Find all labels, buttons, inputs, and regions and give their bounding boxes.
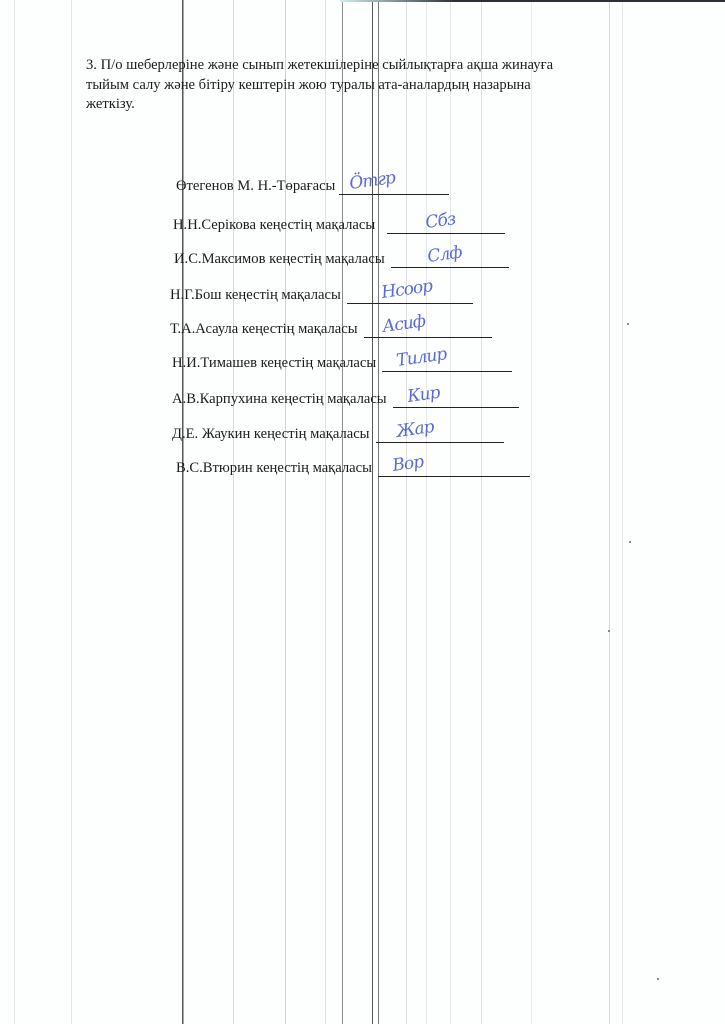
signatory-name: Өтегенов М. Н.-Төрағасы xyxy=(176,177,335,195)
scanned-page: 3. П/о шеберлеріне және сынып жетекшілер… xyxy=(0,0,725,1024)
signature-line: Вор xyxy=(378,458,530,477)
signature-row: Н.Г.Бош кеңестің мақаласы Нсоор xyxy=(170,285,473,304)
signature-line: Асиф xyxy=(364,319,492,338)
scan-line xyxy=(14,0,15,1024)
handwritten-signature: Кир xyxy=(406,383,440,407)
signature-row: В.С.Втюрин кеңестің мақаласы Вор xyxy=(176,458,530,477)
signatory-name: Д.Е. Жаукин кеңестің мақаласы xyxy=(172,425,370,443)
scan-line xyxy=(531,0,532,1024)
signature-row: Д.Е. Жаукин кеңестің мақаласы Жар xyxy=(172,424,504,443)
signature-row: Т.А.Асаула кеңестің мақаласы Асиф xyxy=(170,319,492,338)
scan-line xyxy=(183,0,184,1024)
signature-line: Ӧтгр xyxy=(339,176,449,195)
handwritten-signature: Нсоор xyxy=(380,276,433,303)
signatory-name: Н.И.Тимашев кеңестің мақаласы xyxy=(172,354,376,372)
signature-row-chair: Өтегенов М. Н.-Төрағасы Ӧтгр xyxy=(176,176,449,195)
scan-line xyxy=(71,0,72,1024)
signature-row: Н.Н.Серікова кеңестің мақаласы Сбз xyxy=(173,215,505,234)
scan-line xyxy=(609,0,610,1024)
signatory-name: В.С.Втюрин кеңестің мақаласы xyxy=(176,459,372,477)
scan-line xyxy=(622,0,623,1024)
scan-line xyxy=(372,0,373,1024)
paragraph-line: тыйым салу және бітіру кештерін жою тура… xyxy=(86,76,646,96)
signatory-name: Т.А.Асаула кеңестің мақаласы xyxy=(170,320,358,338)
scan-line xyxy=(233,0,234,1024)
scan-speck xyxy=(608,630,610,632)
scan-speck xyxy=(627,323,629,325)
signatory-name: И.С.Максимов кеңестің мақаласы xyxy=(174,250,385,268)
signature-row: А.В.Карпухина кеңестің мақаласы Кир xyxy=(172,389,519,408)
scan-speck xyxy=(657,978,659,980)
signatory-name: Н.Н.Серікова кеңестің мақаласы xyxy=(173,216,375,234)
paragraph-line: 3. П/о шеберлеріне және сынып жетекшілер… xyxy=(86,56,646,76)
signature-line: Кир xyxy=(393,389,519,408)
signature-line: Тилир xyxy=(382,353,512,372)
signature-row: Н.И.Тимашев кеңестің мақаласы Тилир xyxy=(172,353,512,372)
handwritten-signature: Тилир xyxy=(395,344,447,371)
scan-line xyxy=(406,0,407,1024)
scan-speck xyxy=(629,541,631,543)
agenda-item-3: 3. П/о шеберлеріне және сынып жетекшілер… xyxy=(86,56,646,115)
scan-line xyxy=(378,0,379,1024)
signatory-name: Н.Г.Бош кеңестің мақаласы xyxy=(170,286,341,304)
handwritten-signature: Сбз xyxy=(424,209,456,233)
signature-line: Слф xyxy=(391,249,509,268)
handwritten-signature: Жар xyxy=(395,417,435,442)
signature-line: Сбз xyxy=(387,215,505,234)
signature-line: Нсоор xyxy=(347,285,473,304)
handwritten-signature: Асиф xyxy=(381,311,426,337)
scan-line xyxy=(285,0,286,1024)
scan-line xyxy=(342,0,343,1024)
signature-row: И.С.Максимов кеңестің мақаласы Слф xyxy=(174,249,509,268)
scan-edge-bar xyxy=(340,0,725,2)
paragraph-line: жеткізу. xyxy=(86,95,646,115)
scan-line xyxy=(426,0,427,1024)
signature-line: Жар xyxy=(376,424,504,443)
scan-line xyxy=(325,0,326,1024)
scan-line xyxy=(450,0,451,1024)
handwritten-signature: Ӧтгр xyxy=(349,168,397,194)
handwritten-signature: Слф xyxy=(426,242,463,267)
handwritten-signature: Вор xyxy=(391,452,424,476)
scan-line xyxy=(182,0,183,1024)
signatory-name: А.В.Карпухина кеңестің мақаласы xyxy=(172,390,387,408)
scan-artifact-lines xyxy=(0,0,725,1024)
scan-line xyxy=(481,0,482,1024)
